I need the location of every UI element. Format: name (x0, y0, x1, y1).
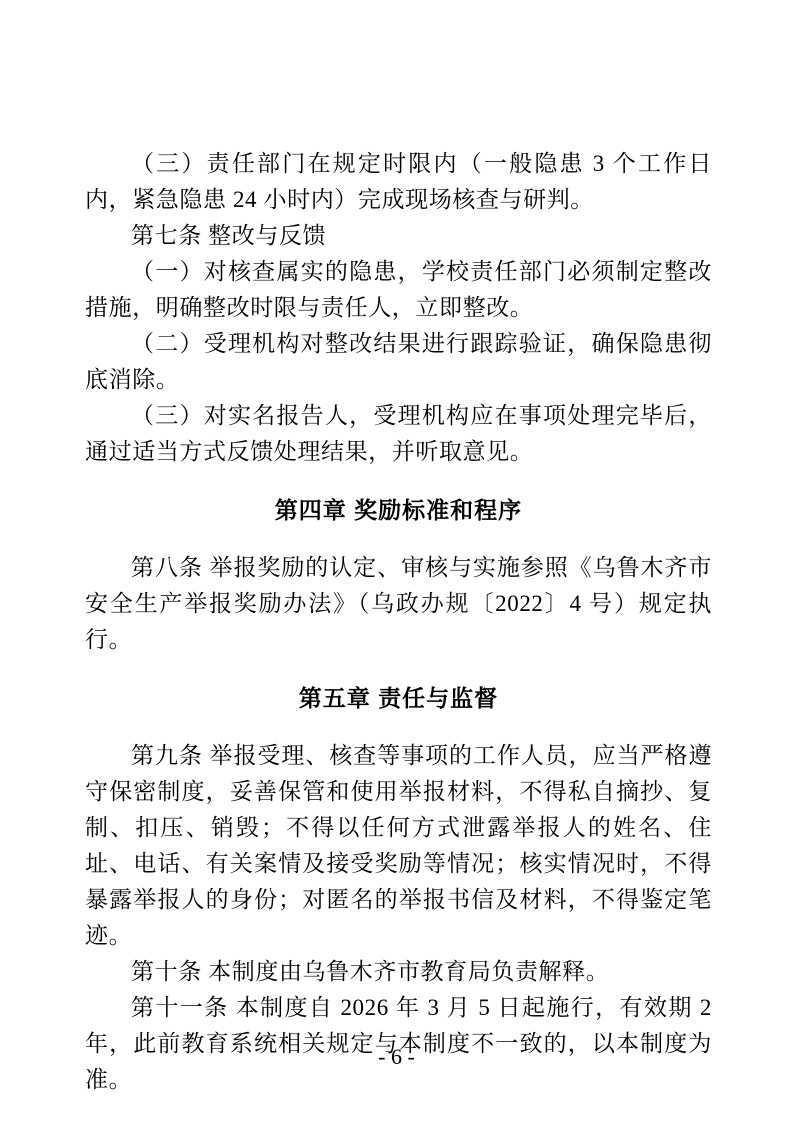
document-page: （三）责任部门在规定时限内（一般隐患 3 个工作日内，紧急隐患 24 小时内）完… (0, 0, 793, 1122)
page-number: - 6 - (0, 1044, 793, 1070)
document-body: （三）责任部门在规定时限内（一般隐患 3 个工作日内，紧急隐患 24 小时内）完… (85, 146, 712, 1098)
paragraph-item-1: （一）对核查属实的隐患，学校责任部门必须制定整改措施，明确整改时限与责任人，立即… (85, 254, 712, 326)
chapter-heading-4: 第四章 奖励标准和程序 (85, 492, 712, 528)
chapter-heading-5: 第五章 责任与监督 (85, 680, 712, 716)
paragraph-article-8: 第八条 举报奖励的认定、审核与实施参照《乌鲁木齐市安全生产举报奖励办法》（乌政办… (85, 550, 712, 658)
paragraph-item-2: （二）受理机构对整改结果进行跟踪验证，确保隐患彻底消除。 (85, 326, 712, 398)
paragraph-article-10: 第十条 本制度由乌鲁木齐市教育局负责解释。 (85, 954, 712, 990)
paragraph-clause-3-continued: （三）责任部门在规定时限内（一般隐患 3 个工作日内，紧急隐患 24 小时内）完… (85, 146, 712, 218)
paragraph-item-3: （三）对实名报告人，受理机构应在事项处理完毕后，通过适当方式反馈处理结果，并听取… (85, 398, 712, 470)
paragraph-article-9: 第九条 举报受理、核查等事项的工作人员，应当严格遵守保密制度，妥善保管和使用举报… (85, 738, 712, 954)
paragraph-article-7-title: 第七条 整改与反馈 (85, 218, 712, 254)
